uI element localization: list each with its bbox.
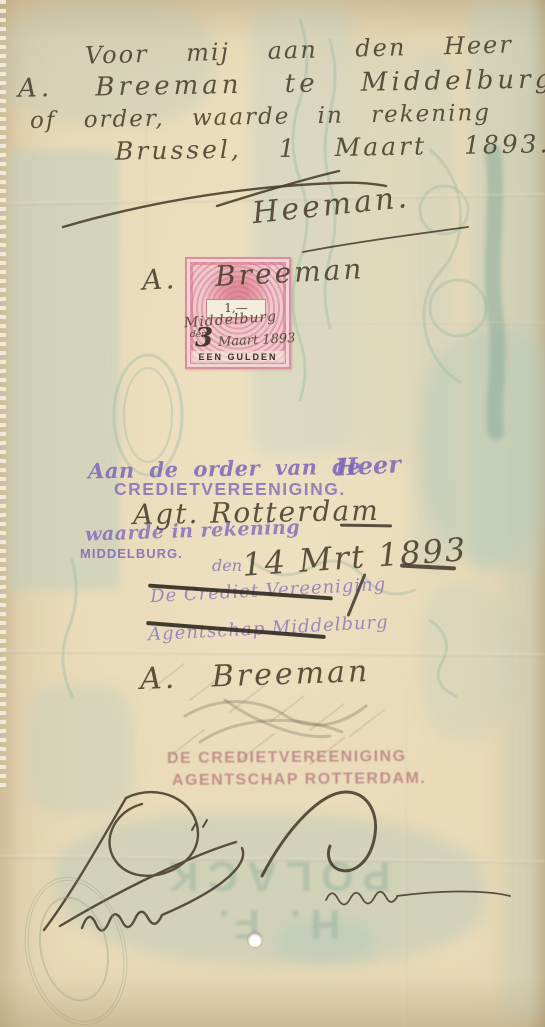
stamp-handwritten-day: 3 <box>195 323 213 353</box>
endorsement-heer: Heer <box>334 449 401 481</box>
agency-stamp-line1: DE CREDIETVEREENIGING <box>167 748 407 768</box>
document-scan: Voor mij aan den Heer A. Breeman te Midd… <box>0 0 545 1027</box>
perforated-edge <box>0 0 6 790</box>
stamp-handwritten-date: Maart 1893 <box>218 331 296 350</box>
punch-hole <box>248 932 262 947</box>
signature-flourishes <box>30 778 542 963</box>
endorsement-den: den <box>212 556 242 575</box>
endorsement-place: MIDDELBURG. <box>80 546 183 561</box>
stamp-denomination: EEN GULDEN <box>191 351 285 363</box>
